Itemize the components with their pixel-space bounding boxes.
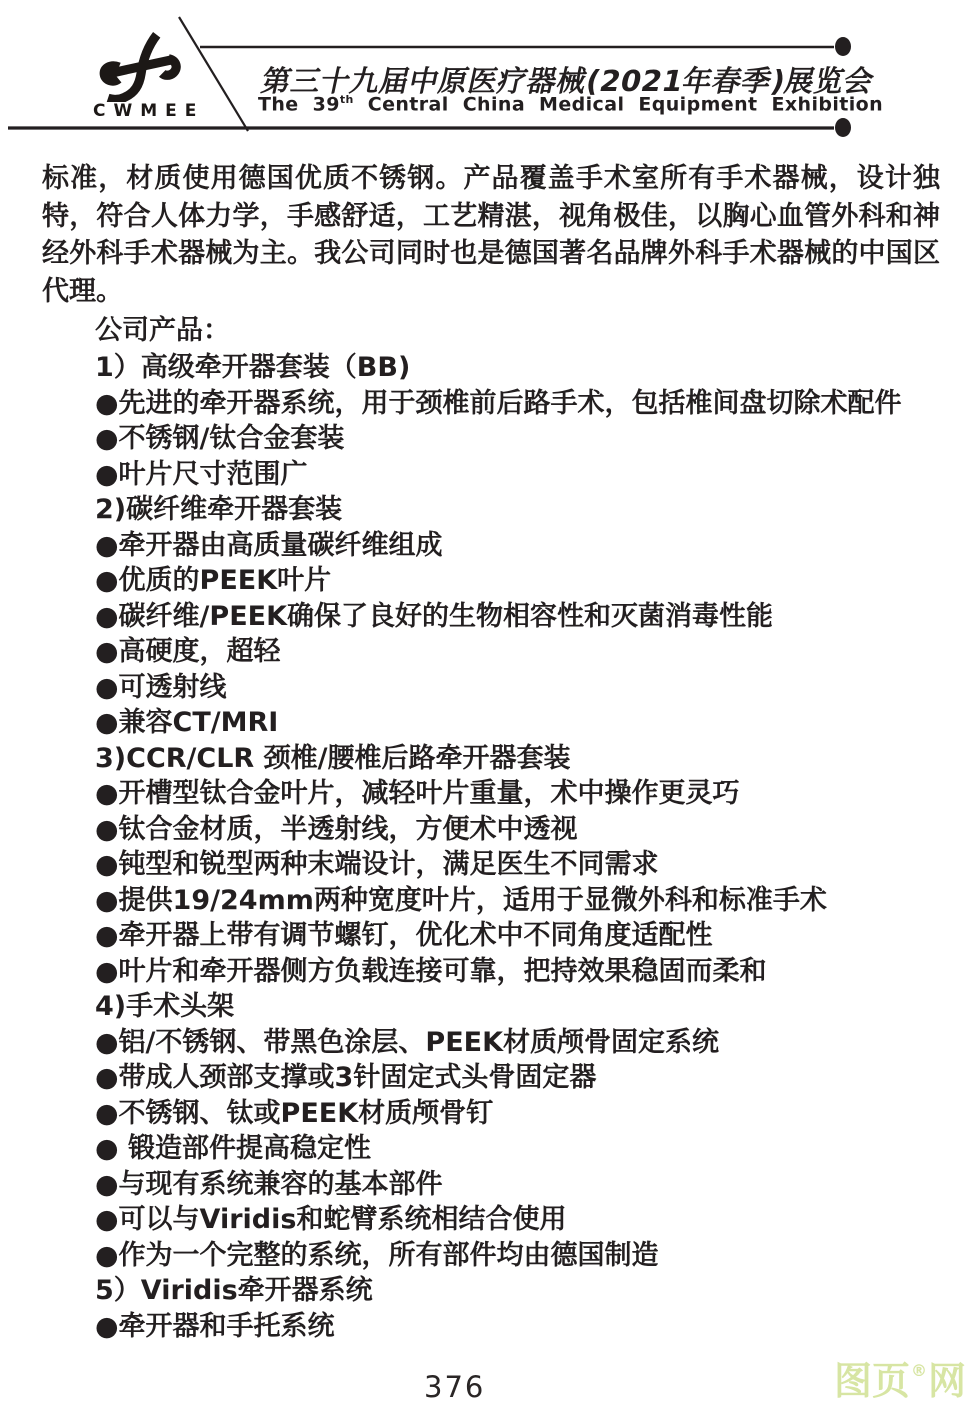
cwmee-cross-logo-icon — [96, 32, 188, 102]
header-bottom-dot-icon — [835, 118, 851, 137]
bullet-item: ●作为一个完整的系统，所有部件均由德国制造 — [95, 1238, 940, 1274]
watermark-logo: 图页®网 — [834, 1359, 966, 1405]
watermark-text-right: 网 — [928, 1359, 966, 1403]
header-top-dot-icon — [835, 37, 851, 56]
product-list: 1）高级牵开器套装（BB)●先进的牵开器系统，用于颈椎前后路手术，包括椎间盘切除… — [42, 350, 940, 1344]
bullet-item: ●碳纤维/PEEK确保了良好的生物相容性和灭菌消毒性能 — [95, 599, 940, 635]
section-label: 公司产品： — [95, 312, 940, 349]
numbered-item: 4)手术头架 — [95, 989, 940, 1025]
title-en-ordinal: th — [340, 93, 354, 106]
catalog-page: CWMEE 第三十九届中原医疗器械(2021年春季)展览会 The 39th C… — [0, 0, 980, 1409]
bullet-item: ●优质的PEEK叶片 — [95, 563, 940, 599]
intro-paragraph: 标准，材质使用德国优质不锈钢。产品覆盖手术室所有手术器械，设计独特，符合人体力学… — [42, 160, 940, 310]
page-content: 标准，材质使用德国优质不锈钢。产品覆盖手术室所有手术器械，设计独特，符合人体力学… — [42, 160, 940, 1344]
title-en-pre: The 39 — [258, 93, 340, 115]
bullet-item: ●兼容CT/MRI — [95, 705, 940, 741]
numbered-item: 5）Viridis牵开器系统 — [95, 1273, 940, 1309]
watermark-text-left: 图页 — [834, 1359, 910, 1403]
bullet-item: ●钛合金材质，半透射线，方便术中透视 — [95, 812, 940, 848]
bullet-item: ●叶片和牵开器侧方负载连接可靠，把持效果稳固而柔和 — [95, 954, 940, 990]
bullet-item: ●不锈钢、钛或PEEK材质颅骨钉 — [95, 1096, 940, 1132]
numbered-item: 1）高级牵开器套装（BB) — [95, 350, 940, 386]
bullet-item: ●不锈钢/钛合金套装 — [95, 421, 940, 457]
bullet-item: ●可以与Viridis和蛇臂系统相结合使用 — [95, 1202, 940, 1238]
bullet-item: ●先进的牵开器系统，用于颈椎前后路手术，包括椎间盘切除术配件 — [95, 386, 940, 422]
bullet-item: ●开槽型钛合金叶片，减轻叶片重量，术中操作更灵巧 — [95, 776, 940, 812]
bullet-item: ●牵开器上带有调节螺钉，优化术中不同角度适配性 — [95, 918, 940, 954]
page-number: 376 — [424, 1370, 485, 1404]
bullet-item: ●钝型和锐型两种末端设计，满足医生不同需求 — [95, 847, 940, 883]
bullet-item: ●牵开器由高质量碳纤维组成 — [95, 528, 940, 564]
bullet-item: ●与现有系统兼容的基本部件 — [95, 1167, 940, 1203]
bullet-item: ● 锻造部件提高稳定性 — [95, 1131, 940, 1167]
numbered-item: 2)碳纤维牵开器套装 — [95, 492, 940, 528]
bullet-item: ●可透射线 — [95, 670, 940, 706]
registered-mark-icon: ® — [911, 1361, 927, 1380]
logo-text: CWMEE — [93, 101, 204, 121]
bullet-item: ●带成人颈部支撑或3针固定式头骨固定器 — [95, 1060, 940, 1096]
bullet-item: ●铝/不锈钢、带黑色涂层、PEEK材质颅骨固定系统 — [95, 1025, 940, 1061]
bullet-item: ●提供19/24mm两种宽度叶片，适用于显微外科和标准手术 — [95, 883, 940, 919]
numbered-item: 3)CCR/CLR 颈椎/腰椎后路牵开器套装 — [95, 741, 940, 777]
bullet-item: ●牵开器和手托系统 — [95, 1309, 940, 1345]
bullet-item: ●叶片尺寸范围广 — [95, 457, 940, 493]
exhibition-title-en: The 39th Central China Medical Equipment… — [258, 93, 883, 115]
bullet-item: ●高硬度，超轻 — [95, 634, 940, 670]
title-en-post: Central China Medical Equipment Exhibiti… — [354, 93, 883, 115]
